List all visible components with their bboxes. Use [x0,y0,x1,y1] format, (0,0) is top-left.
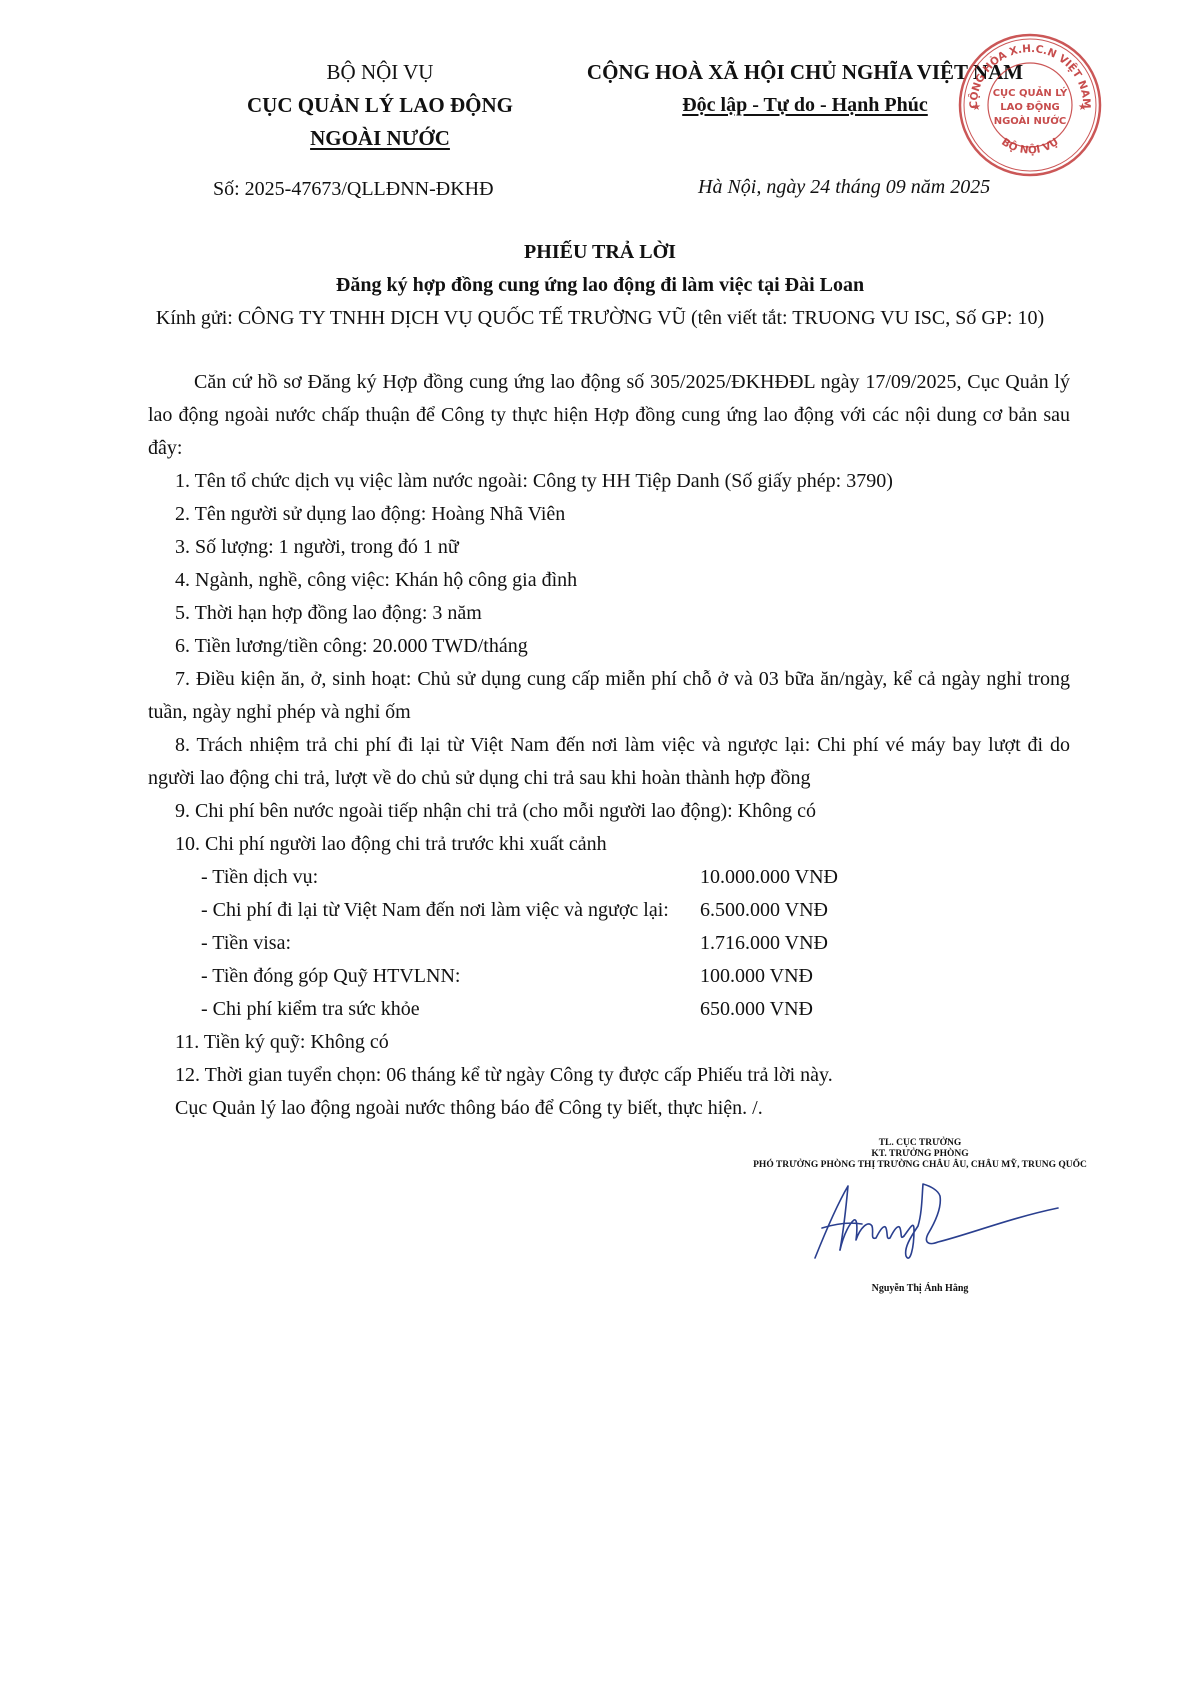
issuing-agency-block: BỘ NỘI VỤ CỤC QUẢN LÝ LAO ĐỘNG NGOÀI NƯỚ… [180,56,580,155]
cost-value: 1.716.000 VNĐ [700,927,828,960]
ministry-name: BỘ NỘI VỤ [180,56,580,89]
seal-bottom-text: BỘ NỘI VỤ [999,136,1061,157]
document-number: Số: 2025-47673/QLLĐNN-ĐKHĐ [213,178,494,201]
svg-text:BỘ NỘI VỤ: BỘ NỘI VỤ [999,136,1061,157]
document-date: Hà Nội, ngày 24 tháng 09 năm 2025 [698,176,990,199]
list-item: 11. Tiền ký quỹ: Không có [148,1026,1070,1059]
list-item: 4. Ngành, nghề, công việc: Khán hộ công … [148,564,1070,597]
document-body: Căn cứ hồ sơ Đăng ký Hợp đồng cung ứng l… [148,366,1070,1125]
recipient-line: Kính gửi: CÔNG TY TNHH DỊCH VỤ QUỐC TẾ T… [140,302,1060,335]
list-item: 1. Tên tổ chức dịch vụ việc làm nước ngo… [148,465,1070,498]
seal-line2: LAO ĐỘNG [1000,100,1060,113]
list-item: 12. Thời gian tuyển chọn: 06 tháng kể từ… [148,1059,1070,1092]
svg-text:★: ★ [972,102,981,113]
cost-label: - Tiền đóng góp Quỹ HTVLNN: [148,960,700,993]
cost-value: 6.500.000 VNĐ [700,894,828,927]
list-item: 2. Tên người sử dụng lao động: Hoàng Nhã… [148,498,1070,531]
signer-position: PHÓ TRƯỞNG PHÒNG THỊ TRƯỜNG CHÂU ÂU, CHÂ… [740,1160,1100,1171]
cost-row: - Tiền đóng góp Quỹ HTVLNN: 100.000 VNĐ [148,960,1070,993]
signature-title-block: TL. CỤC TRƯỞNG KT. TRƯỞNG PHÒNG PHÓ TRƯỞ… [740,1138,1100,1171]
cost-value: 650.000 VNĐ [700,993,813,1026]
svg-text:★: ★ [1078,102,1087,113]
seal-line3: NGOÀI NƯỚC [994,114,1067,127]
signer-authority-line1: TL. CỤC TRƯỞNG [740,1138,1100,1149]
cost-row: - Tiền dịch vụ: 10.000.000 VNĐ [148,861,1070,894]
list-item: 9. Chi phí bên nước ngoài tiếp nhận chi … [148,795,1070,828]
cost-value: 10.000.000 VNĐ [700,861,838,894]
cost-label: - Chi phí đi lại từ Việt Nam đến nơi làm… [148,894,700,927]
seal-icon: CỘNG HÒA X.H.C.N VIỆT NAM CỤC QUẢN LÝ LA… [955,30,1105,180]
signature-icon [810,1178,1070,1288]
national-motto: Độc lập - Tự do - Hạnh Phúc [682,94,928,116]
department-name-line2: NGOÀI NƯỚC [310,126,450,150]
signer-authority-line2: KT. TRƯỞNG PHÒNG [740,1149,1100,1160]
department-name-line1: CỤC QUẢN LÝ LAO ĐỘNG [180,89,580,122]
document-title: PHIẾU TRẢ LỜI [140,236,1060,269]
cost-label: - Chi phí kiểm tra sức khỏe [148,993,700,1026]
cost-row: - Tiền visa: 1.716.000 VNĐ [148,927,1070,960]
document-subtitle: Đăng ký hợp đồng cung ứng lao động đi là… [140,269,1060,302]
cost-table: - Tiền dịch vụ: 10.000.000 VNĐ - Chi phí… [148,861,1070,1026]
closing-statement: Cục Quản lý lao động ngoài nước thông bá… [148,1092,1070,1125]
cost-row: - Chi phí kiểm tra sức khỏe 650.000 VNĐ [148,993,1070,1026]
list-item: 10. Chi phí người lao động chi trả trước… [148,828,1070,861]
signer-name: Nguyễn Thị Ánh Hằng [740,1283,1100,1294]
seal-line1: CỤC QUẢN LÝ [993,85,1068,99]
official-seal-stamp: CỘNG HÒA X.H.C.N VIỆT NAM CỤC QUẢN LÝ LA… [955,30,1105,180]
cost-row: - Chi phí đi lại từ Việt Nam đến nơi làm… [148,894,1070,927]
handwritten-signature [810,1178,1070,1288]
cost-label: - Tiền dịch vụ: [148,861,700,894]
list-item: 5. Thời hạn hợp đồng lao động: 3 năm [148,597,1070,630]
list-item: 7. Điều kiện ăn, ở, sinh hoạt: Chủ sử dụ… [148,663,1070,729]
cost-label: - Tiền visa: [148,927,700,960]
list-item: 6. Tiền lương/tiền công: 20.000 TWD/thán… [148,630,1070,663]
cost-value: 100.000 VNĐ [700,960,813,993]
list-item: 8. Trách nhiệm trả chi phí đi lại từ Việ… [148,729,1070,795]
list-item: 3. Số lượng: 1 người, trong đó 1 nữ [148,531,1070,564]
intro-paragraph: Căn cứ hồ sơ Đăng ký Hợp đồng cung ứng l… [148,366,1070,465]
document-title-block: PHIẾU TRẢ LỜI Đăng ký hợp đồng cung ứng … [140,236,1060,335]
